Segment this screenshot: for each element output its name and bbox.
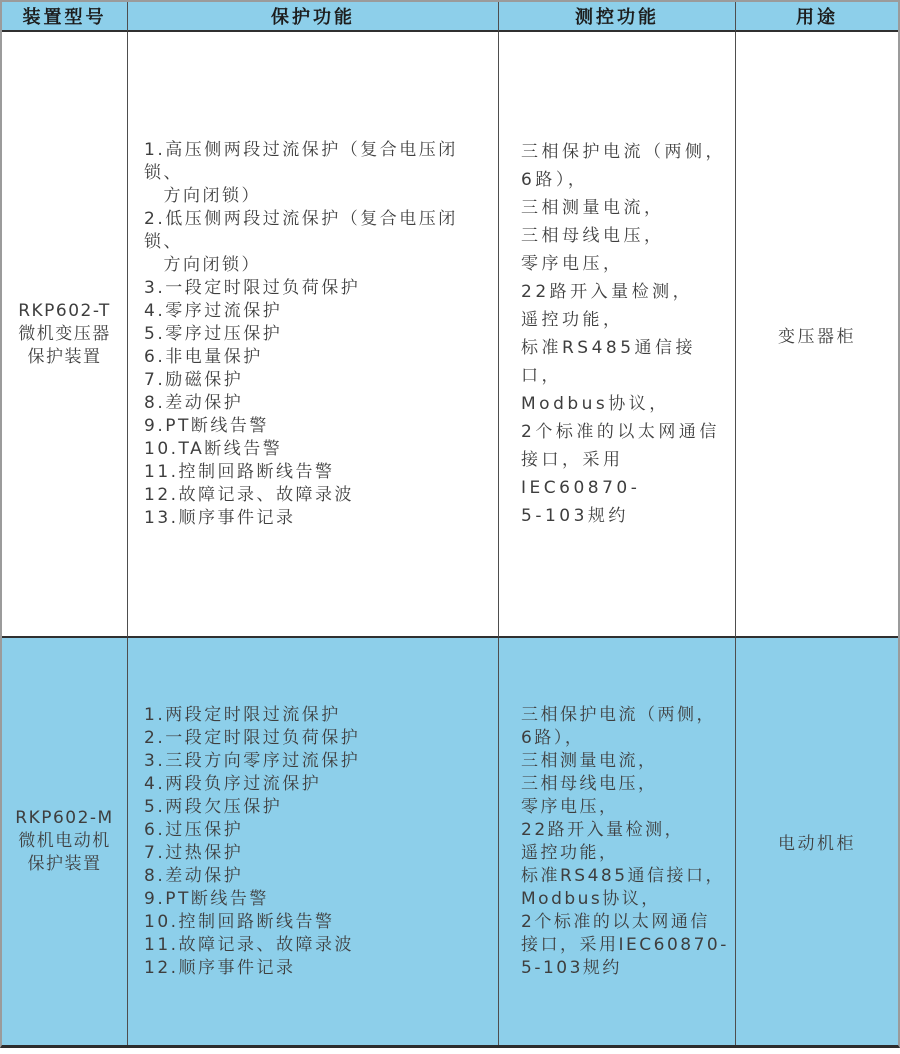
header-cell-model: 装置型号 [2,2,128,32]
protection-functions-list-rkp602t: 1.高压侧两段过流保护（复合电压闭锁、 方向闭锁） 2.低压侧两段过流保护（复合… [144,139,494,530]
row-rkp602t-protection-cell: 1.高压侧两段过流保护（复合电压闭锁、 方向闭锁） 2.低压侧两段过流保护（复合… [128,32,499,638]
header-label-model: 装置型号 [23,3,107,29]
usage-label-rkp602t: 变压器柜 [778,322,856,347]
row-rkp602m-measurement-cell: 三相保护电流（两侧， 6路）， 三相测量电流， 三相母线电压， 零序电压， 22… [499,638,736,1045]
row-rkp602t-model-cell: RKP602-T 微机变压器 保护装置 [2,32,128,638]
header-cell-measurement: 测控功能 [499,2,736,32]
header-label-protection: 保护功能 [271,3,355,29]
header-cell-usage: 用途 [736,2,898,32]
row-rkp602t-usage-cell: 变压器柜 [736,32,898,638]
row-rkp602m-model-cell: RKP602-M 微机电动机 保护装置 [2,638,128,1045]
device-spec-table: 装置型号 保护功能 测控功能 用途 RKP602-T 微机变压器 保护装置 1.… [0,0,900,1048]
measurement-functions-list-rkp602t: 三相保护电流（两侧， 6路）， 三相测量电流， 三相母线电压， 零序电压， 22… [521,138,731,530]
row-rkp602m-usage-cell: 电动机柜 [736,638,898,1045]
header-cell-protection: 保护功能 [128,2,499,32]
header-label-usage: 用途 [796,3,838,29]
row-rkp602t-measurement-cell: 三相保护电流（两侧， 6路）， 三相测量电流， 三相母线电压， 零序电压， 22… [499,32,736,638]
header-label-measurement: 测控功能 [575,3,659,29]
device-model-rkp602t: RKP602-T 微机变压器 保护装置 [18,300,111,369]
protection-functions-list-rkp602m: 1.两段定时限过流保护 2.一段定时限过负荷保护 3.三段方向零序过流保护 4.… [144,704,360,980]
usage-label-rkp602m: 电动机柜 [778,829,856,854]
device-model-rkp602m: RKP602-M 微机电动机 保护装置 [15,807,113,876]
row-rkp602m-protection-cell: 1.两段定时限过流保护 2.一段定时限过负荷保护 3.三段方向零序过流保护 4.… [128,638,499,1045]
measurement-functions-list-rkp602m: 三相保护电流（两侧， 6路）， 三相测量电流， 三相母线电压， 零序电压， 22… [521,704,729,980]
